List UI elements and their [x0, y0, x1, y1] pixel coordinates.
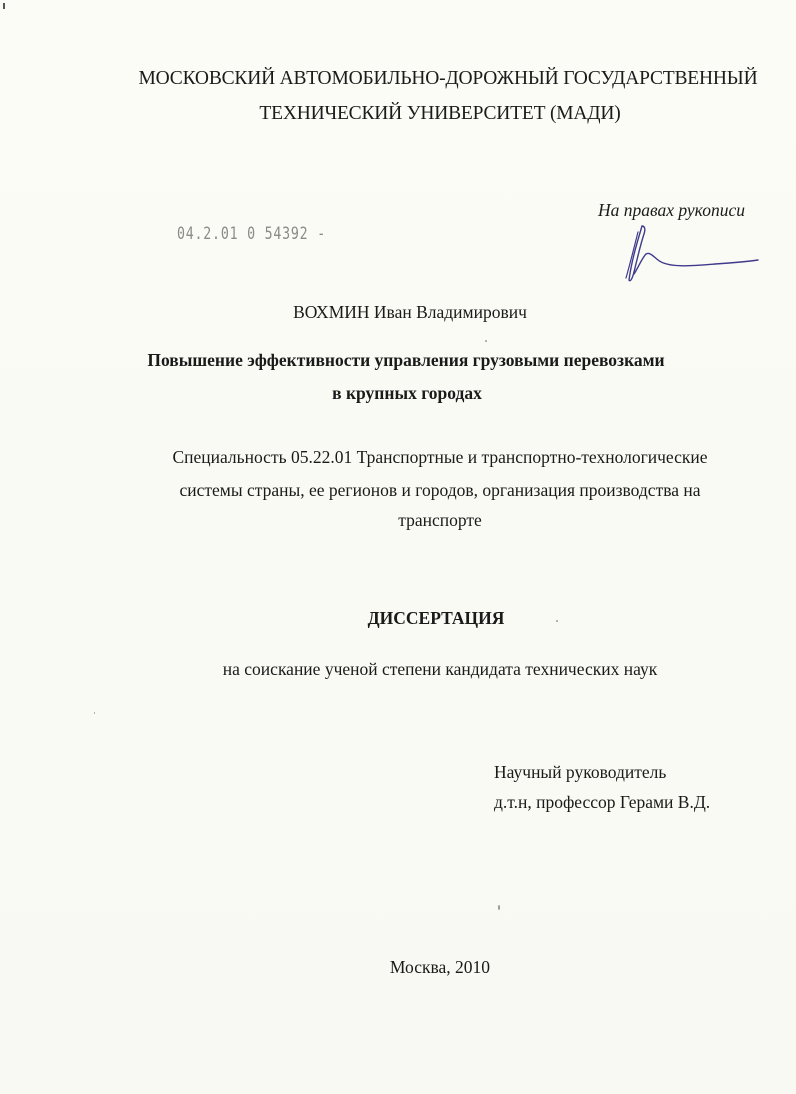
- university-name-line1: МОСКОВСКИЙ АВТОМОБИЛЬНО-ДОРОЖНЫЙ ГОСУДАР…: [50, 68, 796, 90]
- work-type-heading: ДИССЕРТАЦИЯ: [38, 608, 796, 629]
- scan-speck: [485, 340, 487, 342]
- signature-icon: [620, 222, 765, 284]
- author-name: ВОХМИН Иван Владимирович: [12, 302, 796, 323]
- manuscript-rights-note: На правах рукописи: [598, 200, 745, 221]
- library-stamp-number: 04.2.01 0 54392 -: [177, 224, 326, 244]
- document-page: МОСКОВСКИЙ АВТОМОБИЛЬНО-ДОРОЖНЫЙ ГОСУДАР…: [0, 0, 796, 1094]
- specialty-line1: Специальность 05.22.01 Транспортные и тр…: [42, 447, 796, 468]
- scan-speck: [498, 905, 500, 910]
- scan-speck: [3, 3, 5, 9]
- scan-speck: [94, 712, 95, 714]
- dissertation-title-line1: Повышение эффективности управления грузо…: [8, 350, 796, 371]
- university-name-line2: ТЕХНИЧЕСКИЙ УНИВЕРСИТЕТ (МАДИ): [42, 103, 796, 125]
- specialty-line3: транспорте: [42, 510, 796, 531]
- specialty-line2: системы страны, ее регионов и городов, о…: [42, 480, 796, 501]
- degree-statement: на соискание ученой степени кандидата те…: [42, 659, 796, 680]
- dissertation-title-line2: в крупных городах: [9, 383, 796, 404]
- scan-speck: [556, 620, 558, 622]
- supervisor-label: Научный руководитель: [494, 762, 666, 783]
- city-year: Москва, 2010: [42, 957, 796, 978]
- supervisor-name: д.т.н, профессор Герами В.Д.: [494, 792, 710, 813]
